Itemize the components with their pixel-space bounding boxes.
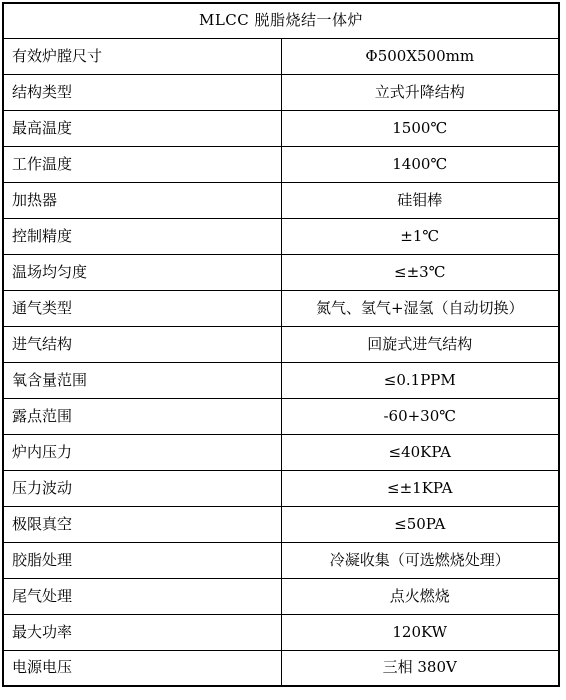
spec-value: -60+30℃	[281, 398, 559, 434]
spec-value: 三相 380V	[281, 650, 559, 686]
table-row: 胶脂处理 冷凝收集（可选燃烧处理）	[3, 542, 559, 578]
spec-label: 有效炉膛尺寸	[3, 38, 281, 74]
spec-label: 进气结构	[3, 326, 281, 362]
table-row: 加热器 硅钼棒	[3, 182, 559, 218]
spec-table: MLCC 脱脂烧结一体炉 有效炉膛尺寸 Φ500X500mm 结构类型 立式升降…	[2, 2, 560, 687]
spec-label: 极限真空	[3, 506, 281, 542]
spec-value: 120KW	[281, 614, 559, 650]
table-row: 压力波动 ≤±1KPA	[3, 470, 559, 506]
table-row: 温场均匀度 ≤±3℃	[3, 254, 559, 290]
spec-value: 氮气、氢气+湿氢（自动切换）	[281, 290, 559, 326]
spec-label: 结构类型	[3, 74, 281, 110]
spec-value: 1400℃	[281, 146, 559, 182]
table-row: 通气类型 氮气、氢气+湿氢（自动切换）	[3, 290, 559, 326]
spec-value: 硅钼棒	[281, 182, 559, 218]
table-row: MLCC 脱脂烧结一体炉	[3, 3, 559, 38]
table-row: 控制精度 ±1℃	[3, 218, 559, 254]
table-row: 氧含量范围 ≤0.1PPM	[3, 362, 559, 398]
spec-label: 通气类型	[3, 290, 281, 326]
table-row: 极限真空 ≤50PA	[3, 506, 559, 542]
table-title: MLCC 脱脂烧结一体炉	[3, 3, 559, 38]
spec-value: 1500℃	[281, 110, 559, 146]
spec-label: 控制精度	[3, 218, 281, 254]
spec-value: Φ500X500mm	[281, 38, 559, 74]
spec-value: 冷凝收集（可选燃烧处理）	[281, 542, 559, 578]
spec-label: 胶脂处理	[3, 542, 281, 578]
table-row: 露点范围 -60+30℃	[3, 398, 559, 434]
spec-value: 回旋式进气结构	[281, 326, 559, 362]
spec-label: 电源电压	[3, 650, 281, 686]
spec-value: ≤±1KPA	[281, 470, 559, 506]
table-row: 炉内压力 ≤40KPA	[3, 434, 559, 470]
spec-label: 最高温度	[3, 110, 281, 146]
spec-label: 最大功率	[3, 614, 281, 650]
spec-value: ≤0.1PPM	[281, 362, 559, 398]
table-row: 结构类型 立式升降结构	[3, 74, 559, 110]
spec-value: ≤±3℃	[281, 254, 559, 290]
table-row: 尾气处理 点火燃烧	[3, 578, 559, 614]
spec-value: ±1℃	[281, 218, 559, 254]
spec-label: 炉内压力	[3, 434, 281, 470]
spec-label: 尾气处理	[3, 578, 281, 614]
spec-label: 露点范围	[3, 398, 281, 434]
table-row: 工作温度 1400℃	[3, 146, 559, 182]
table-row: 进气结构 回旋式进气结构	[3, 326, 559, 362]
spec-label: 温场均匀度	[3, 254, 281, 290]
spec-value: ≤40KPA	[281, 434, 559, 470]
spec-value: 立式升降结构	[281, 74, 559, 110]
spec-value: 点火燃烧	[281, 578, 559, 614]
table-row: 有效炉膛尺寸 Φ500X500mm	[3, 38, 559, 74]
spec-value: ≤50PA	[281, 506, 559, 542]
spec-label: 工作温度	[3, 146, 281, 182]
table-row: 电源电压 三相 380V	[3, 650, 559, 686]
spec-label: 压力波动	[3, 470, 281, 506]
spec-label: 氧含量范围	[3, 362, 281, 398]
table-row: 最高温度 1500℃	[3, 110, 559, 146]
table-row: 最大功率 120KW	[3, 614, 559, 650]
spec-label: 加热器	[3, 182, 281, 218]
